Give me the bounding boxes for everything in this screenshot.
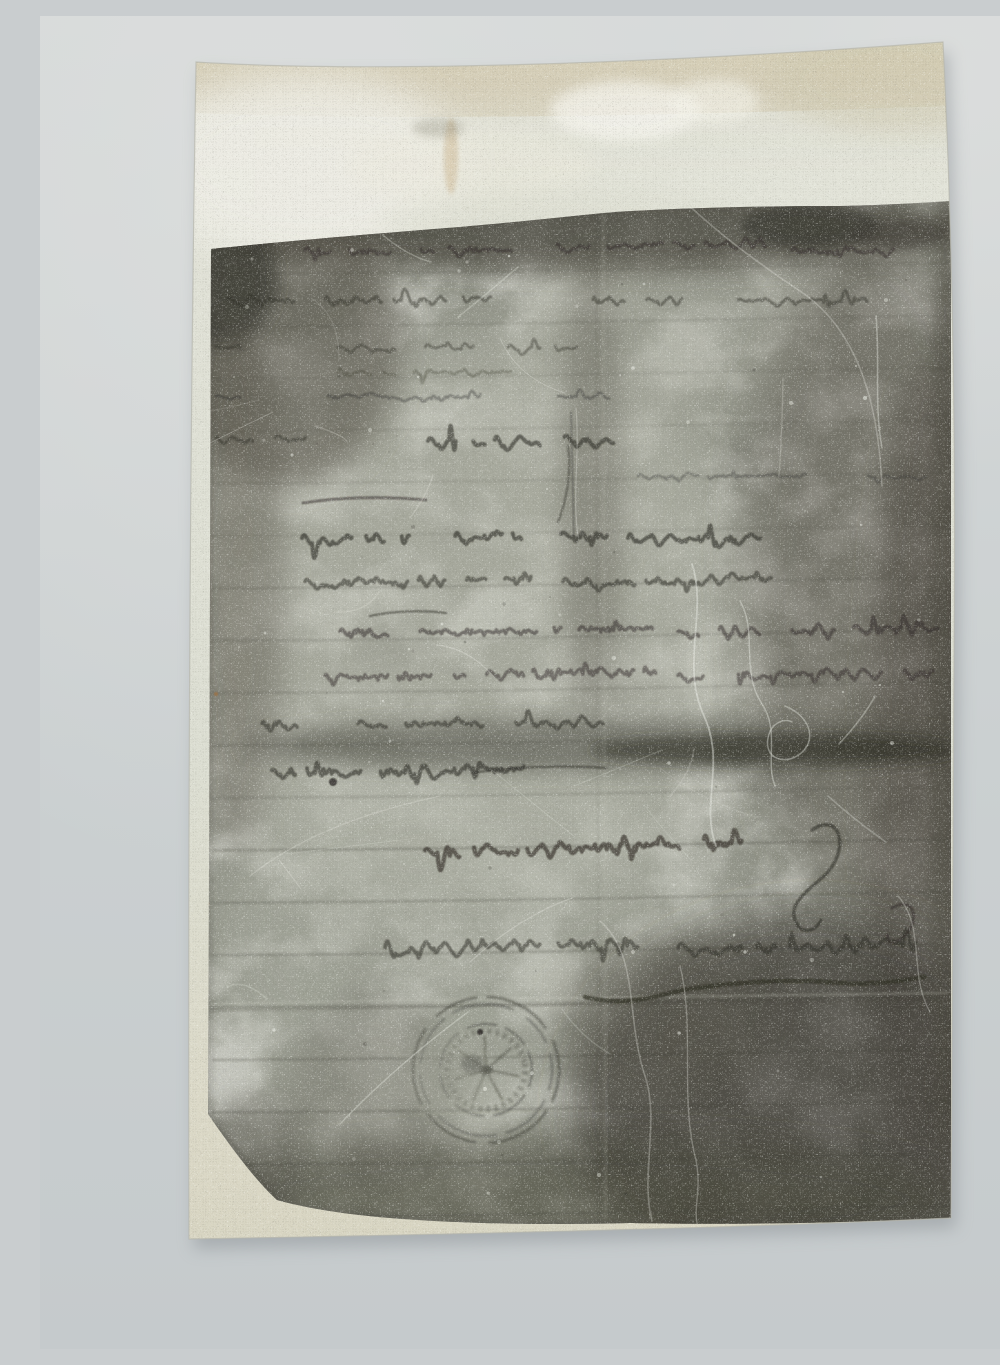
photo-canvas [40, 16, 1000, 1349]
photo-print [145, 23, 1000, 1303]
archival-photo [40, 16, 1000, 1349]
archival-photo-figure: Black-and-white archival photograph of a… [40, 16, 1000, 1349]
film-grain-dark [185, 34, 965, 1246]
